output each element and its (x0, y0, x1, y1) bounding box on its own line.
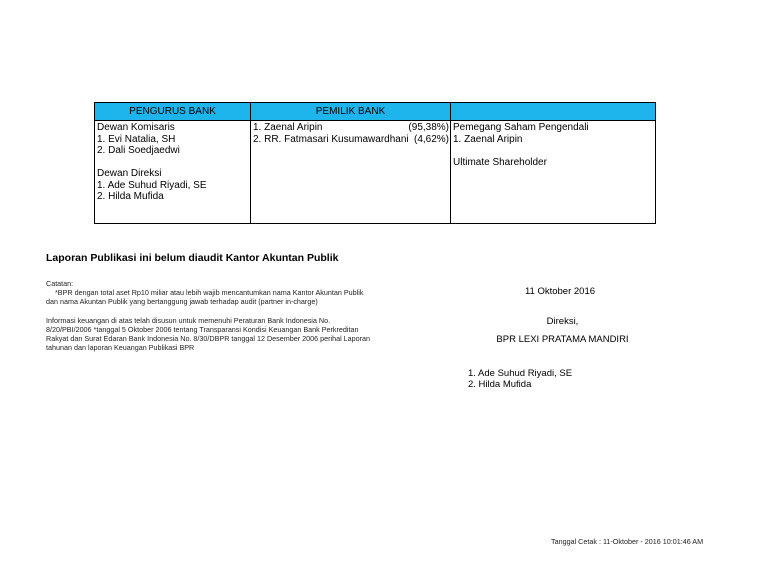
signature-date: 11 Oktober 2016 (470, 286, 650, 297)
signer-name: 1. Ade Suhud Riyadi, SE (468, 368, 572, 379)
info-line: Informasi keuangan di atas telah disusun… (46, 316, 406, 325)
owner-name: 1. Zaenal Aripin (253, 122, 323, 134)
info-line: 8/20/PBI/2006 *tanggal 5 Oktober 2006 te… (46, 325, 406, 334)
owner-name: 2. RR. Fatmasari Kusumawardhani (253, 134, 409, 146)
direksi-item: 2. Hilda Mufida (97, 191, 247, 203)
column-divider (450, 103, 451, 223)
catatan-block: Catatan: *BPR dengan total aset Rp10 mil… (46, 279, 406, 306)
management-ownership-table: PENGURUS BANK PEMILIK BANK Dewan Komisar… (94, 102, 656, 224)
catatan-label: Catatan: (46, 279, 406, 288)
signer-name: 2. Hilda Mufida (468, 379, 572, 390)
audit-notice-title: Laporan Publikasi ini belum diaudit Kant… (46, 252, 338, 264)
owner-row: 1. Zaenal Aripin (95,38%) (253, 122, 449, 134)
signature-company: BPR LEXI PRATAMA MANDIRI (470, 334, 655, 345)
pengendali-cell: Pemegang Saham Pengendali 1. Zaenal Arip… (453, 122, 653, 168)
dewan-komisaris-label: Dewan Komisaris (97, 122, 247, 134)
owner-share: (95,38%) (408, 122, 449, 134)
owner-row: 2. RR. Fatmasari Kusumawardhani (4,62%) (253, 134, 449, 146)
ultimate-shareholder-label: Ultimate Shareholder (453, 157, 653, 169)
print-date: Tanggal Cetak : 11-Oktober - 2016 10:01:… (551, 537, 703, 546)
signers-list: 1. Ade Suhud Riyadi, SE 2. Hilda Mufida (468, 368, 572, 390)
pemilik-bank-cell: 1. Zaenal Aripin (95,38%) 2. RR. Fatmasa… (253, 122, 449, 145)
header-pemilik-bank: PEMILIK BANK (251, 103, 450, 120)
pemegang-saham-pengendali-label: Pemegang Saham Pengendali (453, 122, 653, 134)
header-pengurus-bank: PENGURUS BANK (95, 103, 250, 120)
info-line: Rakyat dan Surat Edaran Bank Indonesia N… (46, 334, 406, 343)
komisaris-item: 1. Evi Natalia, SH (97, 134, 247, 146)
catatan-line: dan nama Akuntan Publik yang bertanggung… (46, 297, 406, 306)
direksi-item: 1. Ade Suhud Riyadi, SE (97, 180, 247, 192)
column-divider (250, 103, 251, 223)
pengurus-bank-cell: Dewan Komisaris 1. Evi Natalia, SH 2. Da… (97, 122, 247, 203)
signature-role: Direksi, (470, 316, 655, 327)
pengendali-item: 1. Zaenal Aripin (453, 134, 653, 146)
header-pengendali (451, 103, 655, 120)
komisaris-item: 2. Dali Soedjaedwi (97, 145, 247, 157)
info-block: Informasi keuangan di atas telah disusun… (46, 316, 406, 352)
catatan-line: *BPR dengan total aset Rp10 miliar atau … (46, 288, 406, 297)
table-header-row: PENGURUS BANK PEMILIK BANK (95, 103, 655, 121)
dewan-direksi-label: Dewan Direksi (97, 168, 247, 180)
owner-share: (4,62%) (414, 134, 449, 146)
info-line: tahunan dan laporan Keuangan Publikasi B… (46, 343, 406, 352)
